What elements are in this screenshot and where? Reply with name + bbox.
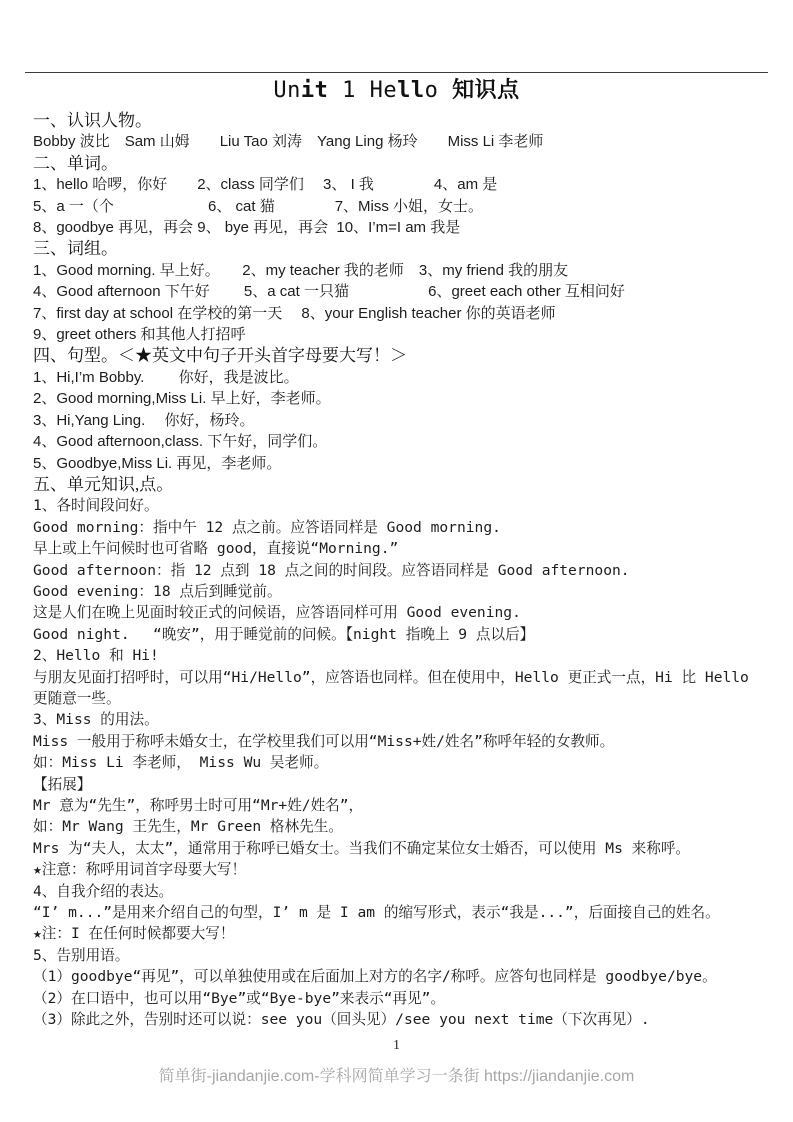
text-line: Good morning：指中午 12 点之前。应答语同样是 Good morn… — [33, 517, 765, 538]
text-line: ★注意：称呼用词首字母要大写！ — [33, 859, 765, 880]
document-page: Unit 1 Hello 知识点 一、认识人物。 Bobby 波比 Sam 山姆… — [0, 0, 793, 1122]
text-line: 2、Hello 和 Hi! — [33, 645, 765, 666]
text-line: 1、Good morning. 早上好。 2、my teacher 我的老师 3… — [33, 260, 765, 281]
text-line: 4、自我介绍的表达。 — [33, 881, 765, 902]
text-line: ★注：I 在任何时候都要大写！ — [33, 923, 765, 944]
section-words: 二、单词。 1、hello 哈啰，你好 2、class 同学们 3、 I 我 4… — [33, 153, 765, 239]
footer-watermark: 简单街-jiandanjie.com-学科网简单学习一条街 https://ji… — [0, 1063, 793, 1086]
text-line: 4、Good afternoon 下午好 5、a cat 一只猫 6、greet… — [33, 281, 765, 302]
text-line: 4、Good afternoon,class. 下午好，同学们。 — [33, 431, 765, 452]
section-phrases: 三、词组。 1、Good morning. 早上好。 2、my teacher … — [33, 238, 765, 345]
text-line: “I’ m...”是用来介绍自己的句型，I’ m 是 I am 的缩写形式，表示… — [33, 902, 765, 923]
text-line: Good night. “晚安”，用于睡觉前的问候。【night 指晚上 9 点… — [33, 624, 765, 645]
section-characters: 一、认识人物。 Bobby 波比 Sam 山姆 Liu Tao 刘涛 Yang … — [33, 110, 765, 153]
text-line: 1、各时间段问好。 — [33, 495, 765, 516]
page-title: Unit 1 Hello 知识点 — [0, 76, 793, 106]
text-line: Miss 一般用于称呼未婚女士，在学校里我们可以用“Miss+姓/姓名”称呼年轻… — [33, 731, 765, 752]
text-line: 如：Mr Wang 王先生，Mr Green 格林先生。 — [33, 816, 765, 837]
document-content: 一、认识人物。 Bobby 波比 Sam 山姆 Liu Tao 刘涛 Yang … — [33, 110, 765, 1030]
section-heading: 二、单词。 — [33, 153, 765, 174]
text-line: 5、a 一（个 6、 cat 猫 7、Miss 小姐，女士。 — [33, 196, 765, 217]
text-line: 这是人们在晚上见面时较正式的问候语，应答语同样可用 Good evening. — [33, 602, 765, 623]
text-line: 3、Miss 的用法。 — [33, 709, 765, 730]
text-line: 7、first day at school 在学校的第一天 8、your Eng… — [33, 303, 765, 324]
text-line: 如：Miss Li 李老师， Miss Wu 吴老师。 — [33, 752, 765, 773]
text-line: 1、hello 哈啰，你好 2、class 同学们 3、 I 我 4、am 是 — [33, 174, 765, 195]
text-line: 8、goodbye 再见，再会 9、 bye 再见，再会 10、I’m=I am… — [33, 217, 765, 238]
text-line: 5、Goodbye,Miss Li. 再见，李老师。 — [33, 453, 765, 474]
text-line: 9、greet others 和其他人打招呼 — [33, 324, 765, 345]
page-number: 1 — [0, 1038, 793, 1054]
text-line: 1、Hi,I’m Bobby. 你好，我是波比。 — [33, 367, 765, 388]
text-line: 与朋友见面打招呼时，可以用“Hi/Hello”，应答语也同样。但在使用中，Hel… — [33, 667, 765, 710]
section-heading: 五、单元知识,点。 — [33, 474, 765, 495]
section-heading: 三、词组。 — [33, 238, 765, 259]
text-line: Mrs 为“夫人，太太”，通常用于称呼已婚女士。当我们不确定某位女士婚否，可以使… — [33, 838, 765, 859]
section-knowledge-points: 五、单元知识,点。 1、各时间段问好。 Good morning：指中午 12 … — [33, 474, 765, 1031]
section-sentences: 四、句型。＜★英文中句子开头首字母要大写！＞ 1、Hi,I’m Bobby. 你… — [33, 345, 765, 473]
text-line: （1）goodbye“再见”，可以单独使用或在后面加上对方的名字/称呼。应答句也… — [33, 966, 765, 987]
text-line: 2、Good morning,Miss Li. 早上好，李老师。 — [33, 388, 765, 409]
section-heading: 一、认识人物。 — [33, 110, 765, 131]
text-line: Good afternoon：指 12 点到 18 点之间的时间段。应答语同样是… — [33, 560, 765, 581]
text-line: Bobby 波比 Sam 山姆 Liu Tao 刘涛 Yang Ling 杨玲 … — [33, 131, 765, 152]
header-rule — [25, 72, 768, 73]
text-line: 早上或上午问候时也可省略 good，直接说“Morning.” — [33, 538, 765, 559]
text-line: 【拓展】 — [33, 774, 765, 795]
section-heading: 四、句型。＜★英文中句子开头首字母要大写！＞ — [33, 345, 765, 366]
text-line: （2）在口语中，也可以用“Bye”或“Bye-bye”来表示“再见”。 — [33, 988, 765, 1009]
text-line: Good evening：18 点后到睡觉前。 — [33, 581, 765, 602]
text-line: 5、告别用语。 — [33, 945, 765, 966]
text-line: （3）除此之外，告别时还可以说：see you（回头见）/see you nex… — [33, 1009, 765, 1030]
text-line: 3、Hi,Yang Ling. 你好，杨玲。 — [33, 410, 765, 431]
text-line: Mr 意为“先生”，称呼男士时可用“Mr+姓/姓名”， — [33, 795, 765, 816]
